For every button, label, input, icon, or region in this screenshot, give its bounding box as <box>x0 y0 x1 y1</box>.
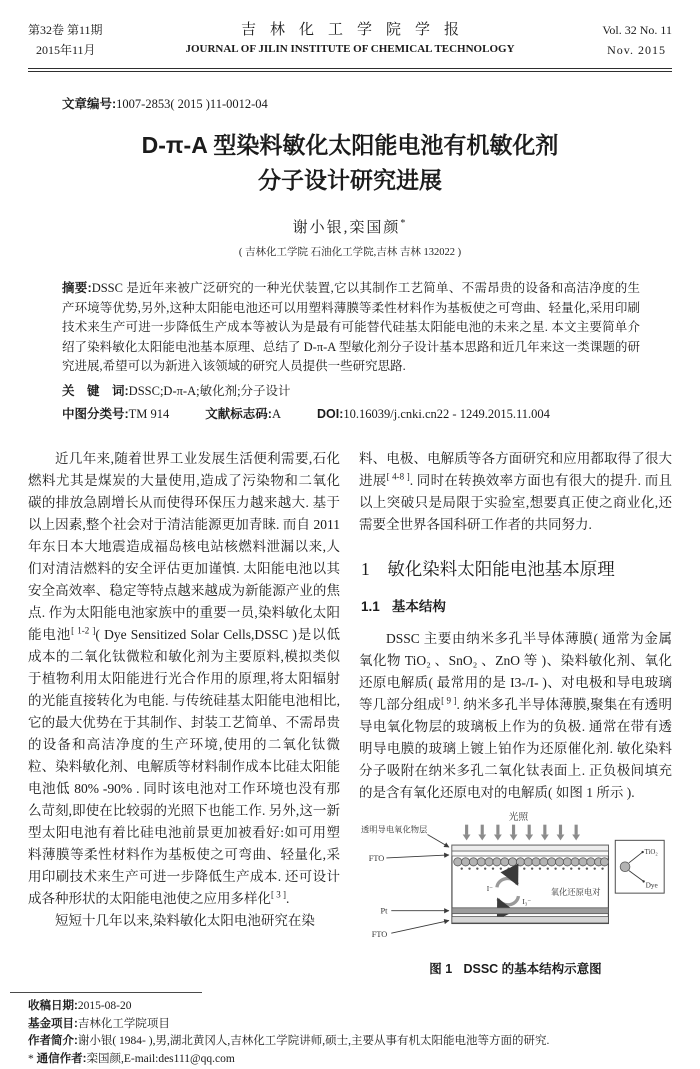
redox-pair-label: 氧化还原电对 <box>551 887 601 897</box>
fund-label: 基金项目: <box>28 1018 78 1030</box>
section-1-1-title: 基本结构 <box>392 599 446 614</box>
article-number: 文章编号:1007-2853( 2015 )11-0012-04 <box>62 94 700 112</box>
abstract-label: 摘要: <box>62 281 92 295</box>
pt-label: Pt <box>381 906 389 915</box>
left-column: 近几年来,随着世界工业发展生活便利需要,石化燃料尤其是煤炭的大量使用,造成了污染… <box>28 448 340 981</box>
clc-pair: 中图分类号:TM 914 <box>62 404 169 424</box>
doc-code-value: A <box>272 407 281 421</box>
author-bio-label: 作者简介: <box>28 1035 78 1047</box>
volume-date: Nov. 2015 <box>522 40 672 60</box>
paper-title-line1: D-π-A 型染料敏化太阳能电池有机敏化剂 <box>0 128 700 163</box>
journal-page: 第32卷 第11期 2015年11月 吉林化工学院学报 JOURNAL OF J… <box>0 0 700 1069</box>
masthead-divider <box>28 68 672 72</box>
author-bio-line: 作者简介:谢小银( 1984- ),男,湖北黄冈人,吉林化工学院讲师,硕士,主要… <box>28 1033 672 1051</box>
figure-1-number: 图 1 <box>429 962 452 976</box>
figure-1-title: DSSC 的基本结构示意图 <box>463 962 601 976</box>
section-1-title: 敏化染料太阳能电池基本原理 <box>387 559 615 579</box>
pt-layer <box>452 907 608 913</box>
figure-1: 光照 <box>359 810 672 981</box>
fto-bottom-label: FTO <box>372 930 388 939</box>
volume-info: Vol. 32 No. 11 Nov. 2015 <box>522 20 672 60</box>
body-columns: 近几年来,随着世界工业发展生活便利需要,石化燃料尤其是煤炭的大量使用,造成了污染… <box>28 448 672 981</box>
ion-right-label: I₃⁻ <box>522 896 531 905</box>
footnote-block: 收稿日期:2015-08-20 基金项目:吉林化工学院项目 作者简介:谢小银( … <box>28 992 672 1068</box>
inset-particle <box>620 861 630 871</box>
doc-code-label: 文献标志码: <box>205 407 272 421</box>
right-column: 料、电极、电解质等各方面研究和应用都取得了很大进展[ 4-8 ]. 同时在转换效… <box>359 448 672 981</box>
paragraph: 短短十几年以来,染料敏化太阳电池研究在染 <box>28 910 340 932</box>
abstract-text: DSSC 是近年来被广泛研究的一种光伏装置,它以其制作工艺简单、不需昂贵的设备和… <box>62 281 640 373</box>
inset-dye-label: Dye <box>646 880 658 889</box>
corresponding-author-value: 栾国颜,E-mail:des111@qq.com <box>86 1053 234 1065</box>
issue-info: 第32卷 第11期 2015年11月 <box>28 20 178 60</box>
light-label: 光照 <box>509 810 529 823</box>
corresponding-author-mark: * <box>400 218 407 229</box>
keywords-line: 关 键 词:DSSC;D-π-A;敏化剂;分子设计 <box>62 381 640 401</box>
corresponding-star: * <box>28 1053 37 1065</box>
issue-volume: 第32卷 第11期 <box>28 20 178 40</box>
journal-title-cn: 吉林化工学院学报 <box>178 20 522 40</box>
paragraph: 近几年来,随着世界工业发展生活便利需要,石化燃料尤其是煤炭的大量使用,造成了污染… <box>28 448 340 910</box>
fund-line: 基金项目:吉林化工学院项目 <box>28 1016 672 1034</box>
doi-label: DOI: <box>317 407 343 421</box>
tco-layer-label: 透明导电氧化物层 <box>361 824 428 834</box>
keywords-value: DSSC;D-π-A;敏化剂;分子设计 <box>129 384 291 398</box>
fund-value: 吉林化工学院项目 <box>78 1018 170 1030</box>
journal-title-en: JOURNAL OF JILIN INSTITUTE OF CHEMICAL T… <box>178 40 522 58</box>
article-number-label: 文章编号: <box>62 97 116 111</box>
paragraph: DSSC 主要由纳米多孔半导体薄膜( 通常为金属氧化物 TiO₂ 、SnO₂ 、… <box>359 628 672 804</box>
doi-pair: DOI:10.16039/j.cnki.cn22 - 1249.2015.11.… <box>317 404 550 424</box>
article-number-value: 1007-2853( 2015 )11-0012-04 <box>116 97 268 111</box>
abstract: 摘要:DSSC 是近年来被广泛研究的一种光伏装置,它以其制作工艺简单、不需昂贵的… <box>62 279 640 377</box>
footnote-divider <box>10 992 202 993</box>
clc-value: TM 914 <box>129 407 170 421</box>
fto-bottom-callout-line <box>391 920 449 933</box>
journal-title-block: 吉林化工学院学报 JOURNAL OF JILIN INSTITUTE OF C… <box>178 20 522 58</box>
received-date-value: 2015-08-20 <box>78 1000 132 1012</box>
keywords-label: 关 键 词: <box>62 384 129 398</box>
received-date-line: 收稿日期:2015-08-20 <box>28 998 672 1016</box>
authors-names: 谢小银,栾国颜 <box>293 220 401 236</box>
glass-layer <box>452 845 608 851</box>
figure-1-caption: 图 1DSSC 的基本结构示意图 <box>359 958 672 980</box>
journal-masthead: 第32卷 第11期 2015年11月 吉林化工学院学报 JOURNAL OF J… <box>0 0 700 60</box>
issue-date: 2015年11月 <box>28 40 178 60</box>
ion-left-label: I⁻ <box>487 884 493 893</box>
fto-top-label: FTO <box>369 853 385 862</box>
author-bio-value: 谢小银( 1984- ),男,湖北黄冈人,吉林化工学院讲师,硕士,主要从事有机太… <box>78 1035 549 1047</box>
doc-code-pair: 文献标志码:A <box>205 404 281 424</box>
tco-callout-line <box>427 834 449 847</box>
corresponding-author-label: 通信作者: <box>37 1053 87 1065</box>
paper-title: D-π-A 型染料敏化太阳能电池有机敏化剂 分子设计研究进展 <box>0 128 700 198</box>
fto-bottom-layer <box>452 916 608 922</box>
received-date-label: 收稿日期: <box>28 1000 78 1012</box>
light-arrows-icon <box>467 824 577 834</box>
authors: 谢小银,栾国颜* <box>0 216 700 237</box>
paper-title-line2: 分子设计研究进展 <box>0 163 700 198</box>
clc-label: 中图分类号: <box>62 407 129 421</box>
inset-tio2-label: TiO₂ <box>645 849 659 856</box>
fto-top-callout-line <box>386 854 449 857</box>
fto-top-layer <box>452 851 608 856</box>
section-1-heading: 1敏化染料太阳能电池基本原理 <box>361 558 672 580</box>
doi-value: 10.16039/j.cnki.cn22 - 1249.2015.11.004 <box>343 407 549 421</box>
particle-inset: TiO₂ Dye <box>615 840 664 893</box>
volume-number: Vol. 32 No. 11 <box>522 20 672 40</box>
dssc-structure-diagram: 光照 <box>359 810 672 949</box>
classification-line: 中图分类号:TM 914 文献标志码:A DOI:10.16039/j.cnki… <box>62 404 640 424</box>
light-arrowheads-icon <box>463 834 580 840</box>
section-1-1-heading: 1.1基本结构 <box>361 596 672 618</box>
paragraph: 料、电极、电解质等各方面研究和应用都取得了很大进展[ 4-8 ]. 同时在转换效… <box>359 448 672 536</box>
section-1-number: 1 <box>361 559 370 579</box>
corresponding-author-line: * 通信作者:栾国颜,E-mail:des111@qq.com <box>28 1051 672 1069</box>
section-1-1-number: 1.1 <box>361 599 380 614</box>
affiliation: ( 吉林化工学院 石油化工学院,吉林 吉林 132022 ) <box>0 244 700 259</box>
